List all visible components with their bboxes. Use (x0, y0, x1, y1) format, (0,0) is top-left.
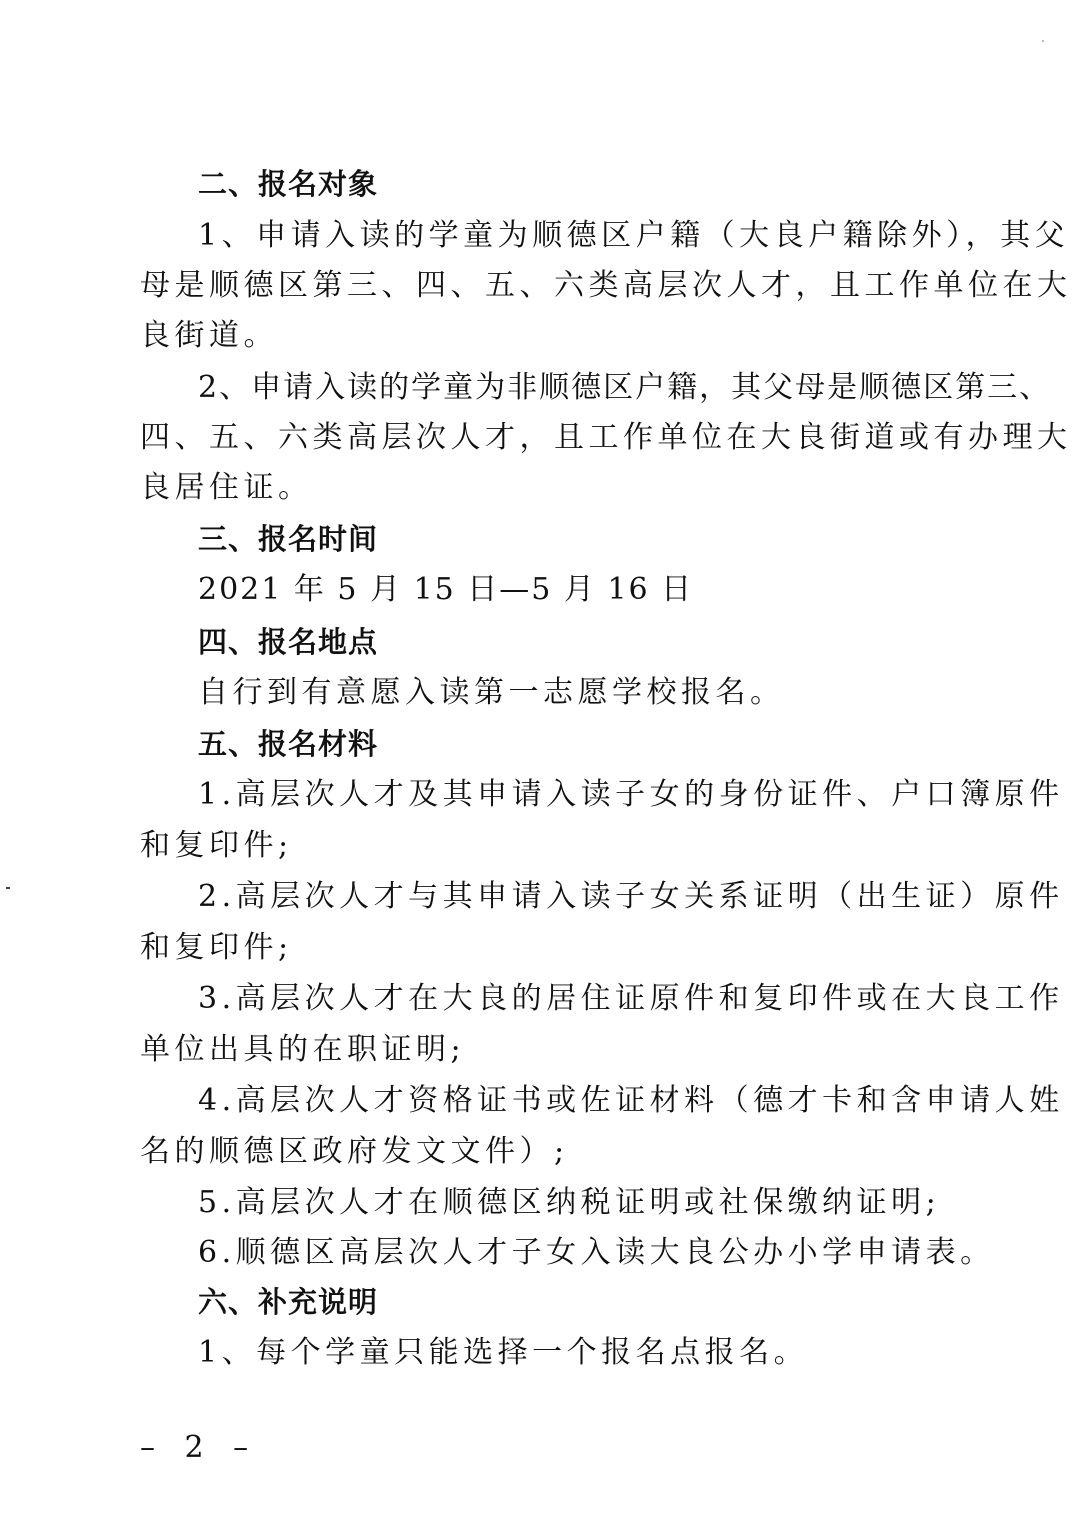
material-item-continued: 和复印件; (140, 828, 293, 864)
material-item-continued: 名的顺德区政府发文文件）; (140, 1134, 569, 1170)
scan-speck (1042, 40, 1044, 42)
paragraph-line: 自行到有意愿入读第一志愿学校报名。 (198, 675, 785, 711)
scan-speck (6, 887, 10, 889)
paragraph-line: 良居住证。 (140, 470, 313, 506)
material-item: 5.高层次人才在顺德区纳税证明或社保缴纳证明; (198, 1185, 940, 1221)
paragraph-line: 1、申请入读的学童为顺德区户籍（大良户籍除外），其父 (198, 218, 932, 254)
document-page: 二、报名对象 1、申请入读的学童为顺德区户籍（大良户籍除外），其父 母是顺德区第… (0, 0, 1080, 1527)
registration-date: 2021 年 5 月 15 日—5 月 16 日 (198, 572, 693, 608)
paragraph-line: 四、五、六类高层次人才，且工作单位在大良街道或有办理大 (140, 420, 932, 456)
material-item: 1.高层次人才及其申请入读子女的身份证件、户口簿原件 (198, 777, 932, 813)
section-heading-targets: 二、报名对象 (198, 166, 378, 202)
material-item: 2.高层次人才与其申请入读子女关系证明（出生证）原件 (198, 879, 932, 915)
material-item: 6.顺德区高层次人才子女入读大良公办小学申请表。 (198, 1235, 995, 1271)
material-item: 3.高层次人才在大良的居住证原件和复印件或在大良工作 (198, 981, 932, 1017)
paragraph-line: 母是顺德区第三、四、五、六类高层次人才，且工作单位在大 (140, 268, 932, 304)
material-item-continued: 和复印件; (140, 930, 293, 966)
material-item-continued: 单位出具的在职证明; (140, 1032, 465, 1068)
section-heading-location: 四、报名地点 (198, 624, 378, 660)
section-heading-materials: 五、报名材料 (198, 726, 378, 762)
paragraph-line: 良街道。 (140, 318, 278, 354)
section-heading-notes: 六、补充说明 (198, 1284, 378, 1320)
paragraph-line: 2、申请入读的学童为非顺德区户籍，其父母是顺德区第三、 (198, 370, 932, 406)
section-heading-time: 三、报名时间 (198, 521, 378, 557)
page-number: – 2 – (140, 1430, 258, 1466)
note-item: 1、每个学童只能选择一个报名点报名。 (198, 1335, 808, 1371)
material-item: 4.高层次人才资格证书或佐证材料（德才卡和含申请人姓 (198, 1083, 932, 1119)
